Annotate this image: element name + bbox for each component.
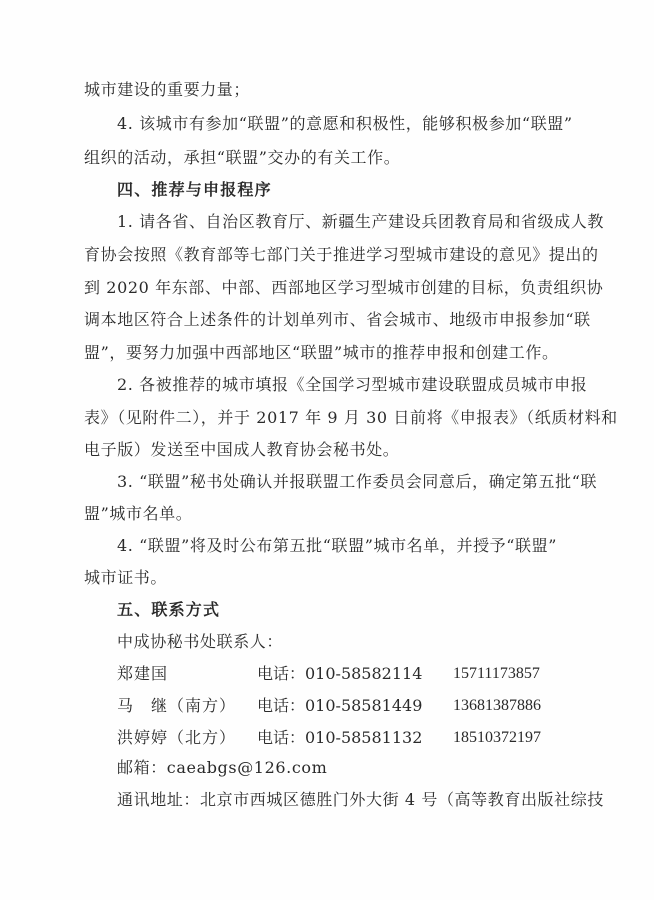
document-page: 城市建设的重要力量； 4. 该城市有参加“联盟”的意愿和积极性，能够积极参加“联… <box>0 0 654 900</box>
text-line: 到 2020 年东部、中部、西部地区学习型城市创建的目标，负责组织协 <box>84 278 584 298</box>
contact-mobile: 13681387886 <box>453 696 541 716</box>
contact-mobile: 18510372197 <box>453 728 541 748</box>
text-line: 调本地区符合上述条件的计划单列市、省会城市、地级市申报参加“联 <box>84 310 584 330</box>
text-line: 盟”城市名单。 <box>84 504 584 524</box>
address-line: 通讯地址：北京市西城区德胜门外大街 4 号（高等教育出版社综技 <box>117 790 617 810</box>
section-heading: 四、推荐与申报程序 <box>117 180 617 200</box>
text-line: 电子版）发送至中国成人教育协会秘书处。 <box>84 440 584 460</box>
text-line: 盟”，要努力加强中西部地区“联盟”城市的推荐申报和创建工作。 <box>84 343 584 363</box>
contact-mobile: 15711173857 <box>453 664 540 684</box>
text-line: 2. 各被推荐的城市填报《全国学习型城市建设联盟成员城市申报 <box>117 375 617 395</box>
contact-phone: 电话：010-58582114 <box>257 664 422 684</box>
text-line: 4. “联盟”将及时公布第五批“联盟”城市名单，并授予“联盟” <box>117 536 617 556</box>
contact-name: 郑建国 <box>117 664 168 684</box>
contacts-label: 中成协秘书处联系人： <box>117 632 617 652</box>
contact-phone: 电话：010-58581449 <box>257 696 422 716</box>
text-line: 组织的活动，承担“联盟”交办的有关工作。 <box>84 148 584 168</box>
email-line: 邮箱：caeabgs@126.com <box>117 758 617 778</box>
text-line: 表》（见附件二），并于 2017 年 9 月 30 日前将《申报表》（纸质材料和 <box>84 408 584 428</box>
contact-phone: 电话：010-58581132 <box>257 728 422 748</box>
contact-name: 马 继（南方） <box>117 696 236 716</box>
text-line: 1. 请各省、自治区教育厅、新疆生产建设兵团教育局和省级成人教 <box>117 212 617 232</box>
contact-name: 洪婷婷（北方） <box>117 728 236 748</box>
text-line: 城市证书。 <box>84 568 584 588</box>
text-line: 4. 该城市有参加“联盟”的意愿和积极性，能够积极参加“联盟” <box>117 114 617 134</box>
text-line: 城市建设的重要力量； <box>84 80 584 100</box>
section-heading: 五、联系方式 <box>117 600 617 620</box>
text-line: 3. “联盟”秘书处确认并报联盟工作委员会同意后，确定第五批“联 <box>117 472 617 492</box>
text-line: 育协会按照《教育部等七部门关于推进学习型城市建设的意见》提出的 <box>84 245 584 265</box>
